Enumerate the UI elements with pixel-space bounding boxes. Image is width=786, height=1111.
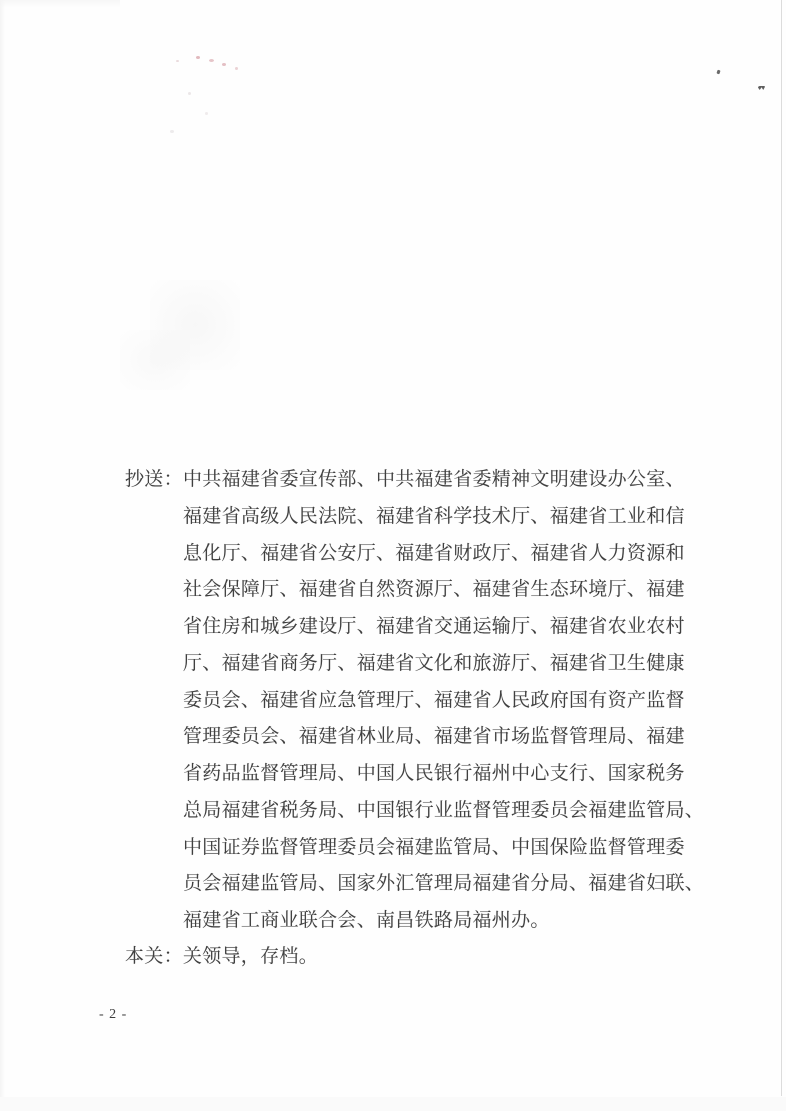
scan-edge-left [0, 0, 5, 1111]
internal-note: 本关：关领导，存档。 [125, 939, 318, 976]
cc-line: 厅、福建省商务厅、福建省文化和旅游厅、福建省卫生健康 [183, 646, 704, 683]
cc-line: 福建省高级人民法院、福建省科学技术厅、福建省工业和信 [183, 499, 704, 536]
cc-line: 省药品监督管理局、中国人民银行福州中心支行、国家税务 [183, 756, 704, 793]
cc-line: 福建省工商业联合会、南昌铁路局福州办。 [183, 903, 704, 940]
cc-line: 总局福建省税务局、中国银行业监督管理委员会福建监管局、 [183, 793, 704, 830]
cc-label: 抄送： [125, 462, 183, 499]
cc-line: 管理委员会、福建省林业局、福建省市场监督管理局、福建 [183, 719, 704, 756]
scan-edge-top [0, 0, 120, 8]
cc-line: 中共福建省委宣传部、中共福建省委精神文明建设办公室、 [183, 462, 704, 499]
cc-line: 息化厅、福建省公安厅、福建省财政厅、福建省人力资源和 [183, 536, 704, 573]
ink-speck [758, 86, 765, 90]
cc-line: 委员会、福建省应急管理厅、福建省人民政府国有资产监督 [183, 683, 704, 720]
internal-note-text: 关领导，存档。 [183, 946, 318, 967]
cc-line: 省住房和城乡建设厅、福建省交通运输厅、福建省农业农村 [183, 609, 704, 646]
scan-smudge [120, 330, 190, 390]
internal-note-label: 本关： [125, 946, 183, 967]
cc-line: 社会保障厅、福建省自然资源厅、福建省生态环境厅、福建 [183, 572, 704, 609]
scan-edge-right [781, 0, 782, 1096]
page-number: - 2 - [99, 1007, 127, 1023]
cc-line: 员会福建监管局、国家外汇管理局福建省分局、福建省妇联、 [183, 866, 704, 903]
ink-speck [716, 70, 720, 75]
cc-line: 中国证券监督管理委员会福建监管局、中国保险监督管理委 [183, 830, 704, 867]
cc-list: 中共福建省委宣传部、中共福建省委精神文明建设办公室、福建省高级人民法院、福建省科… [183, 462, 704, 940]
scan-edge-bottom [0, 1097, 786, 1111]
document-page: 抄送： 中共福建省委宣传部、中共福建省委精神文明建设办公室、福建省高级人民法院、… [0, 0, 786, 1111]
